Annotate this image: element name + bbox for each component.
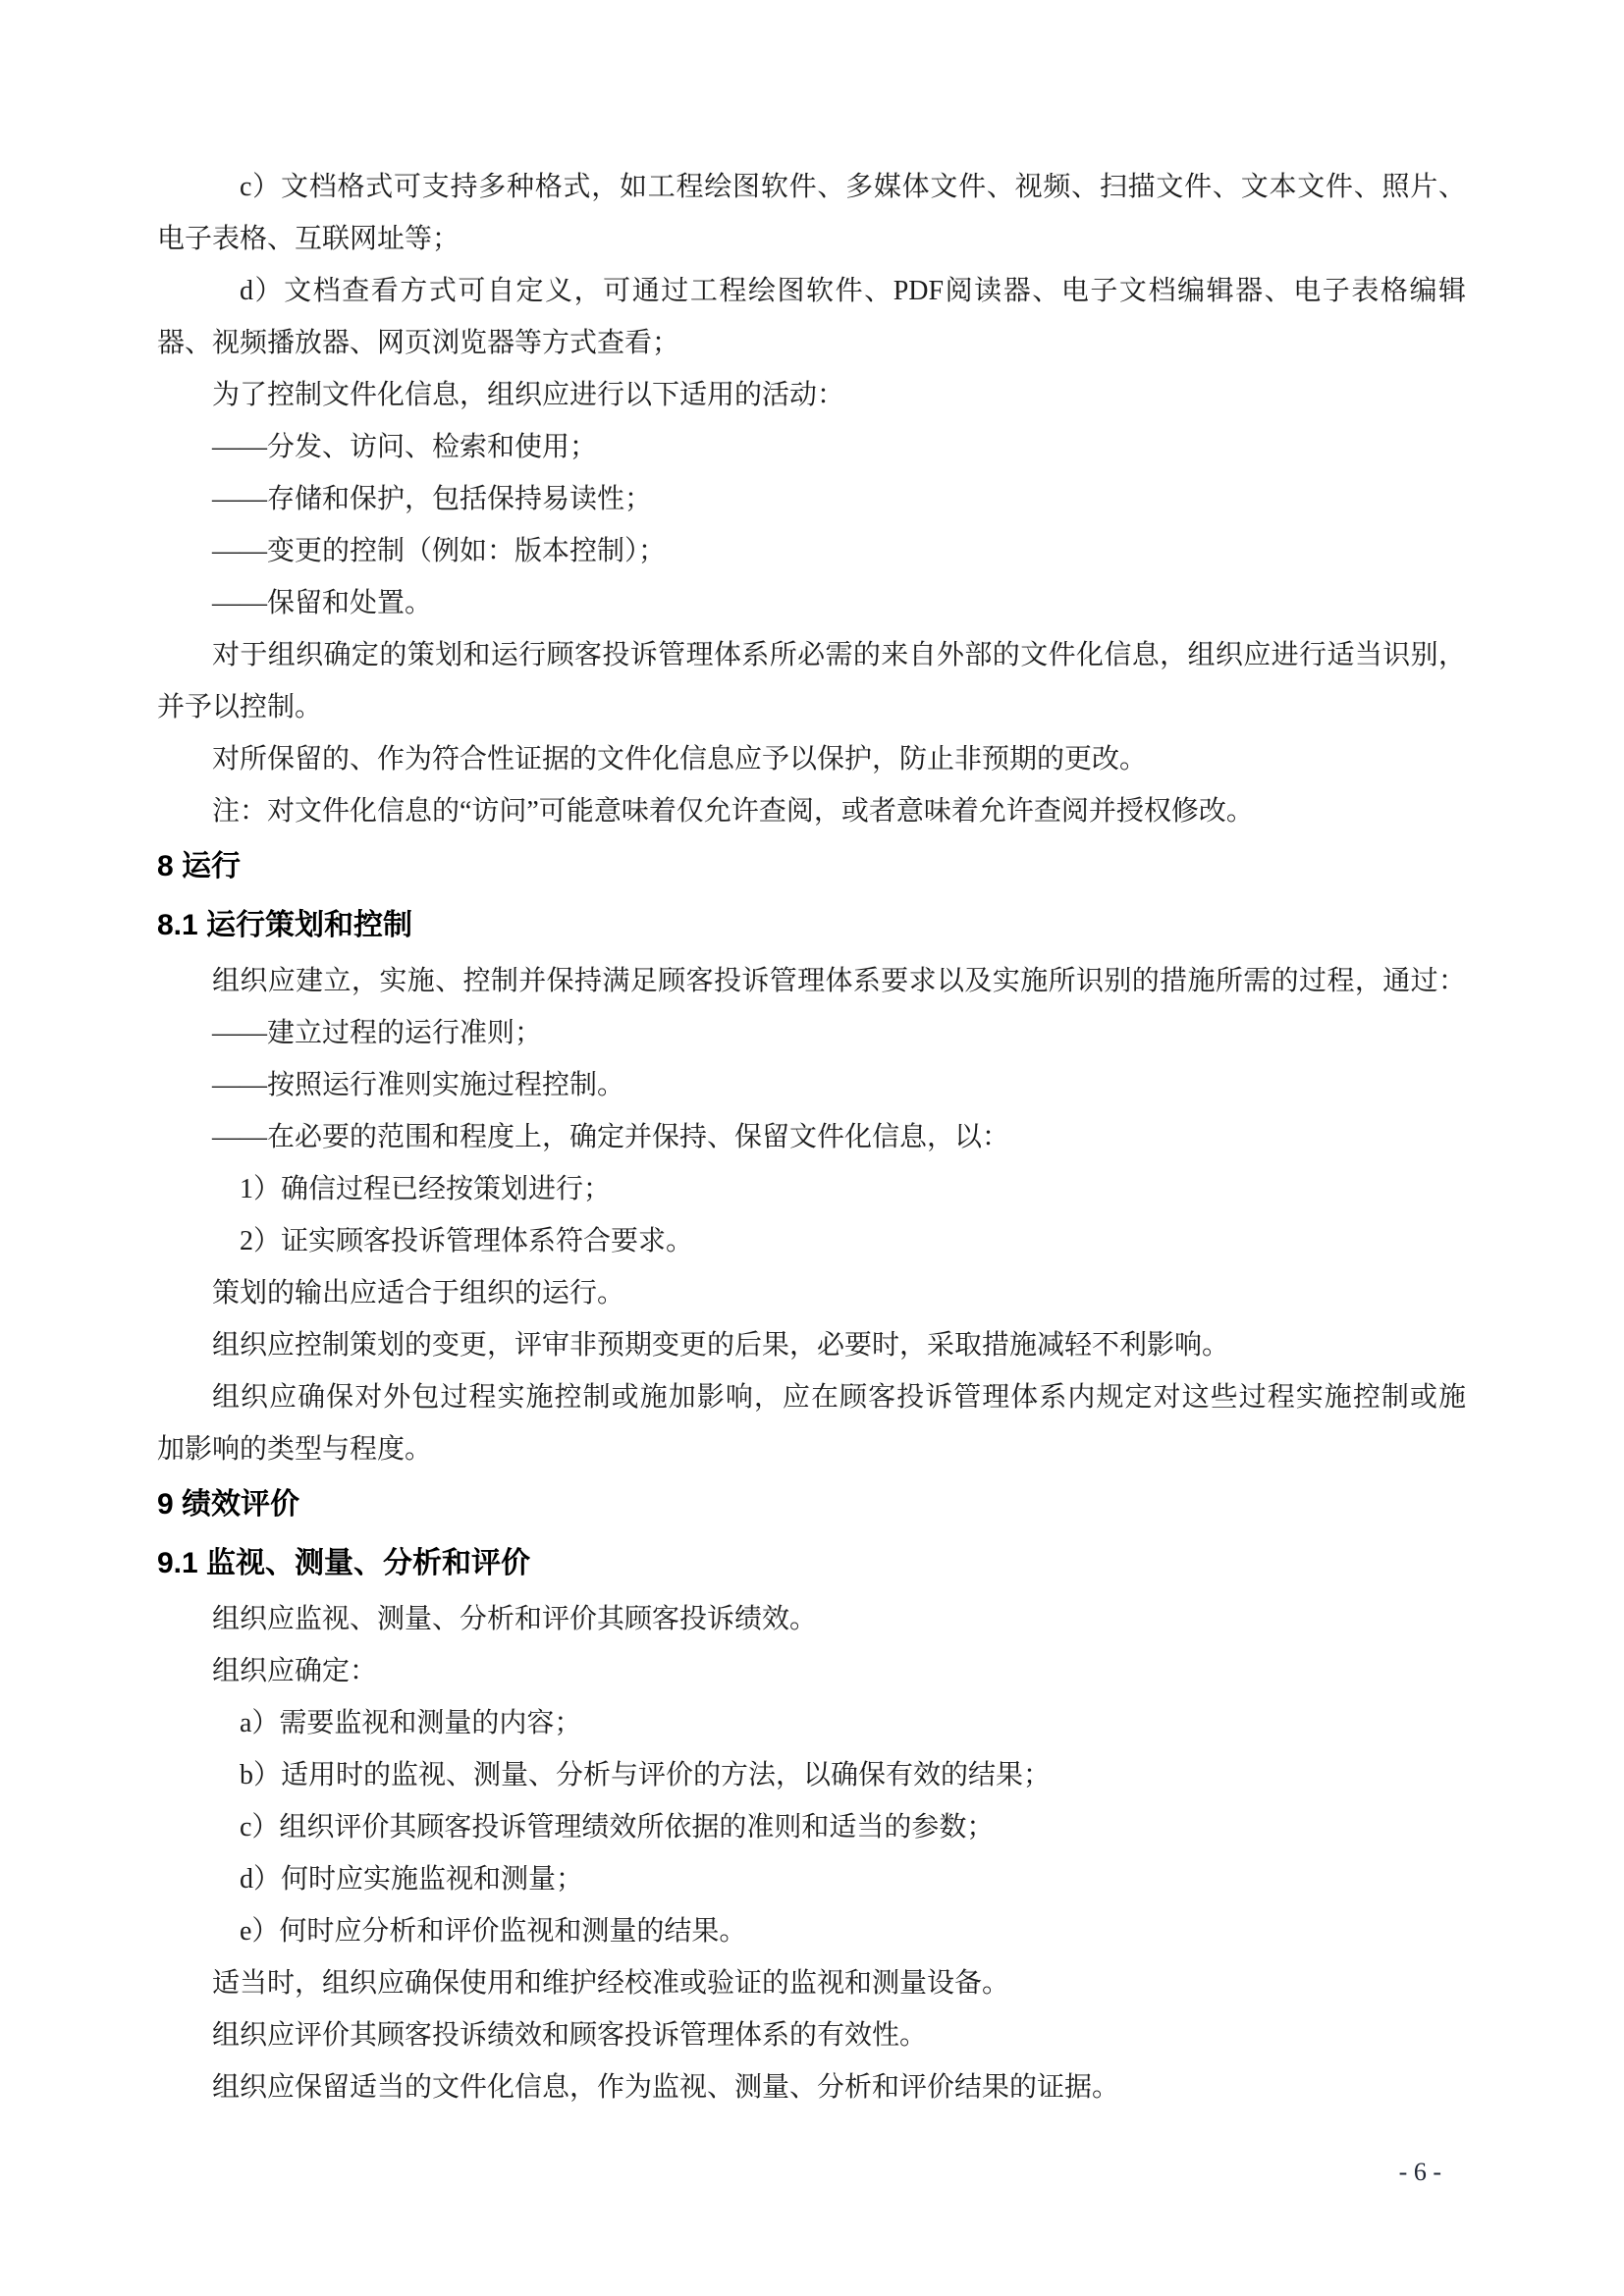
document-page: c）文档格式可支持多种格式，如工程绘图软件、多媒体文件、视频、扫描文件、文本文件… xyxy=(0,0,1624,2296)
doc-line: 为了控制文件化信息，组织应进行以下适用的活动： xyxy=(157,369,1466,421)
heading-9: 9 绩效评价 xyxy=(157,1475,1466,1534)
doc-line: 组织应保留适当的文件化信息，作为监视、测量、分析和评价结果的证据。 xyxy=(157,2061,1466,2113)
doc-line: d）何时应实施监视和测量； xyxy=(157,1853,1466,1905)
doc-line: ——存储和保护，包括保持易读性； xyxy=(157,473,1466,525)
doc-line: 组织应确保对外包过程实施控制或施加影响，应在顾客投诉管理体系内规定对这些过程实施… xyxy=(157,1371,1466,1423)
doc-line: 适当时，组织应确保使用和维护经校准或验证的监视和测量设备。 xyxy=(157,1957,1466,2009)
doc-line: 对于组织确定的策划和运行顾客投诉管理体系所必需的来自外部的文件化信息，组织应进行… xyxy=(157,629,1466,681)
doc-line: c）文档格式可支持多种格式，如工程绘图软件、多媒体文件、视频、扫描文件、文本文件… xyxy=(157,161,1466,213)
doc-line: c）组织评价其顾客投诉管理绩效所依据的准则和适当的参数； xyxy=(157,1801,1466,1853)
document-body: c）文档格式可支持多种格式，如工程绘图软件、多媒体文件、视频、扫描文件、文本文件… xyxy=(157,161,1466,2113)
doc-line: 电子表格、互联网址等； xyxy=(157,213,1466,265)
doc-line: 组织应评价其顾客投诉绩效和顾客投诉管理体系的有效性。 xyxy=(157,2009,1466,2061)
doc-line: 加影响的类型与程度。 xyxy=(157,1423,1466,1475)
doc-line: 并予以控制。 xyxy=(157,681,1466,733)
doc-line: 器、视频播放器、网页浏览器等方式查看； xyxy=(157,317,1466,369)
heading-8-1: 8.1 运行策划和控制 xyxy=(157,896,1466,955)
doc-line: b）适用时的监视、测量、分析与评价的方法，以确保有效的结果； xyxy=(157,1749,1466,1801)
doc-line: 组织应确定： xyxy=(157,1645,1466,1697)
doc-line: 组织应控制策划的变更，评审非预期变更的后果，必要时，采取措施减轻不利影响。 xyxy=(157,1319,1466,1371)
heading-9-1: 9.1 监视、测量、分析和评价 xyxy=(157,1534,1466,1593)
doc-line: 组织应监视、测量、分析和评价其顾客投诉绩效。 xyxy=(157,1593,1466,1645)
doc-line: a）需要监视和测量的内容； xyxy=(157,1697,1466,1749)
doc-line: ——在必要的范围和程度上，确定并保持、保留文件化信息，以： xyxy=(157,1111,1466,1163)
doc-line: 对所保留的、作为符合性证据的文件化信息应予以保护，防止非预期的更改。 xyxy=(157,733,1466,785)
doc-line: 2）证实顾客投诉管理体系符合要求。 xyxy=(157,1215,1466,1267)
doc-line: d）文档查看方式可自定义，可通过工程绘图软件、PDF阅读器、电子文档编辑器、电子… xyxy=(157,265,1466,317)
heading-8: 8 运行 xyxy=(157,837,1466,896)
doc-line: ——建立过程的运行准则； xyxy=(157,1007,1466,1059)
doc-line: ——按照运行准则实施过程控制。 xyxy=(157,1059,1466,1111)
doc-line: 1）确信过程已经按策划进行； xyxy=(157,1163,1466,1215)
doc-line: 策划的输出应适合于组织的运行。 xyxy=(157,1267,1466,1319)
doc-line: e）何时应分析和评价监视和测量的结果。 xyxy=(157,1905,1466,1957)
doc-line: ——分发、访问、检索和使用； xyxy=(157,421,1466,473)
doc-line: 组织应建立，实施、控制并保持满足顾客投诉管理体系要求以及实施所识别的措施所需的过… xyxy=(157,955,1466,1007)
doc-line: ——变更的控制（例如：版本控制）； xyxy=(157,525,1466,577)
page-number: - 6 - xyxy=(1399,2156,1441,2189)
doc-note-line: 注：对文件化信息的“访问”可能意味着仅允许查阅，或者意味着允许查阅并授权修改。 xyxy=(157,785,1466,837)
doc-line: ——保留和处置。 xyxy=(157,577,1466,629)
